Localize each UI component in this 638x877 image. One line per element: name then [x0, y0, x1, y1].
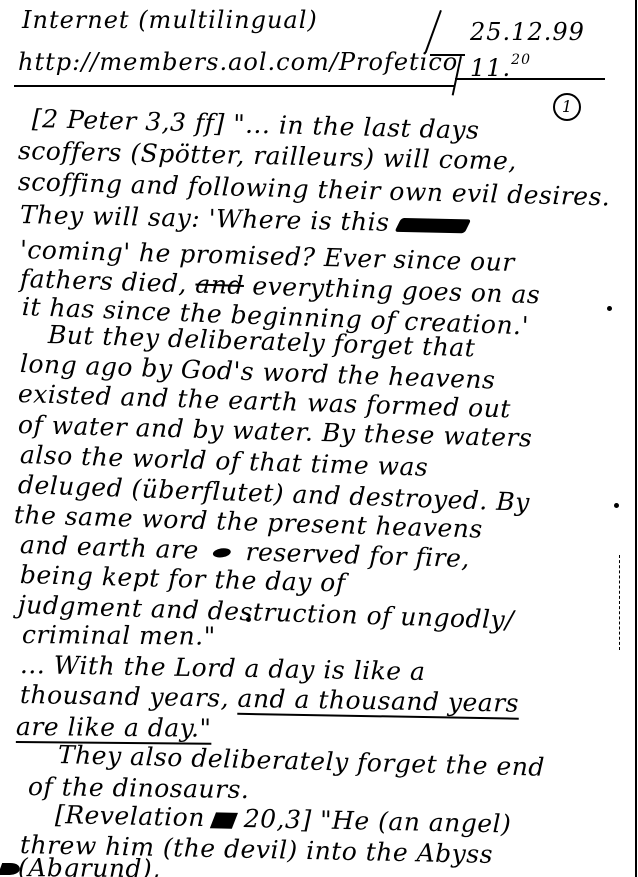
crossed-out-word — [395, 217, 472, 232]
underlined-text: and a thousand years — [237, 684, 519, 718]
time-minutes: 20 — [511, 52, 531, 68]
ink-dot — [614, 503, 619, 508]
text-line: are like a day." — [16, 712, 212, 743]
crossed-out-word: and — [195, 270, 244, 301]
page-number-circle: 1 — [553, 93, 581, 121]
header-time: 11.20 — [470, 52, 531, 82]
header-underline — [14, 85, 454, 87]
header-date: 25.12.99 — [470, 18, 585, 46]
crossed-out-mark — [210, 812, 238, 828]
ink-dot — [607, 306, 612, 311]
handwritten-page: Internet (multilingual) http://members.a… — [0, 0, 638, 877]
underlined-text: are like a day." — [16, 712, 212, 743]
page-right-edge — [635, 0, 637, 877]
date-bracket-left — [425, 10, 442, 53]
header-title: Internet (multilingual) — [22, 6, 318, 34]
time-hour: 11. — [470, 54, 511, 82]
header-url: http://members.aol.com/Profetico — [18, 48, 458, 76]
ink-blot — [213, 547, 232, 558]
text-line: (Abgrund), — [18, 853, 161, 877]
ink-dot — [246, 617, 251, 622]
margin-dashed-line — [619, 555, 620, 650]
text-line: criminal men." — [22, 620, 216, 651]
